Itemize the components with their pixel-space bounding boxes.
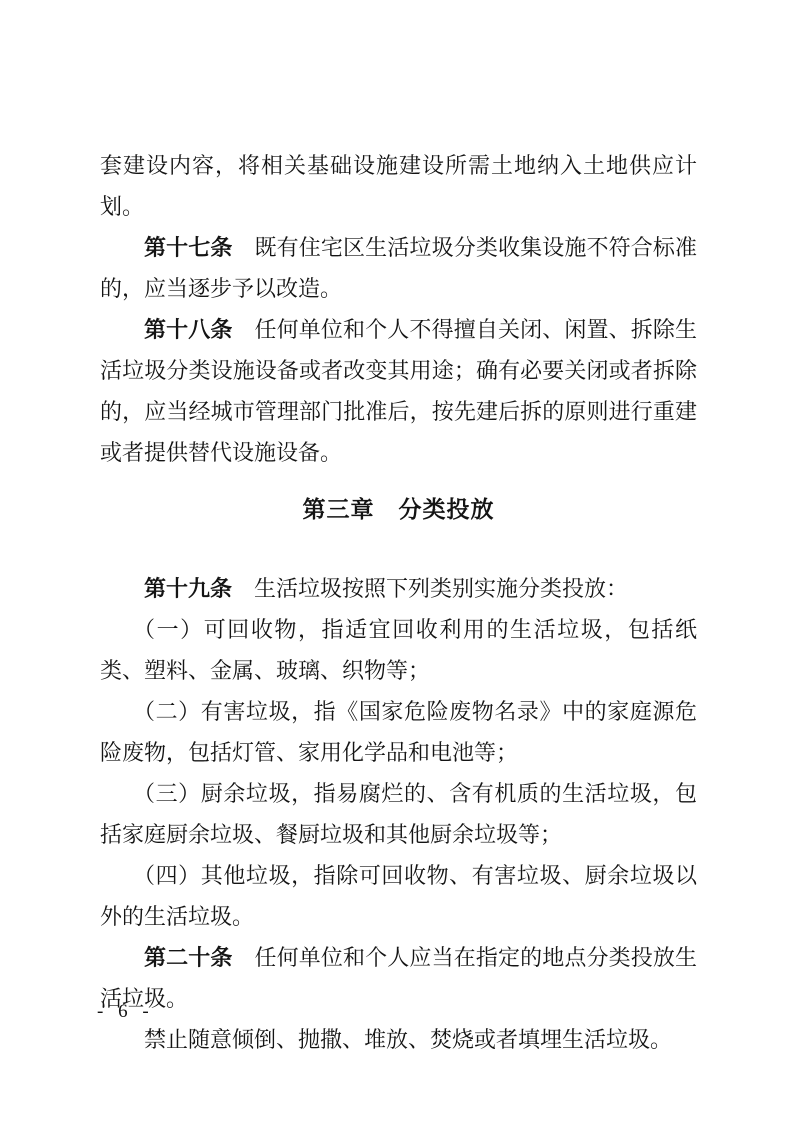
paragraph-text: 禁止随意倾倒、抛撒、堆放、焚烧或者填埋生活垃圾。 bbox=[144, 1027, 672, 1052]
paragraph-continuation: 套建设内容，将相关基础设施建设所需土地纳入土地供应计划。 bbox=[100, 145, 697, 227]
article-20-number: 第二十条 bbox=[144, 945, 233, 970]
article-17-number: 第十七条 bbox=[144, 235, 233, 260]
article-18-paragraph: 第十八条任何单位和个人不得擅自关闭、闲置、拆除生活垃圾分类设施设备或者改变其用途… bbox=[100, 309, 697, 473]
paragraph-text: 生活垃圾按照下列类别实施分类投放： bbox=[254, 576, 628, 601]
paragraph-text: （四）其他垃圾，指除可回收物、有害垃圾、厨余垃圾以外的生活垃圾。 bbox=[100, 863, 697, 929]
article-19-paragraph: 第十九条生活垃圾按照下列类别实施分类投放： bbox=[100, 568, 697, 609]
page-number: - 6 - bbox=[97, 1001, 151, 1023]
document-page: 套建设内容，将相关基础设施建设所需土地纳入土地供应计划。 第十七条既有住宅区生活… bbox=[0, 0, 794, 1123]
item-4-paragraph: （四）其他垃圾，指除可回收物、有害垃圾、厨余垃圾以外的生活垃圾。 bbox=[100, 855, 697, 937]
prohibition-paragraph: 禁止随意倾倒、抛撒、堆放、焚烧或者填埋生活垃圾。 bbox=[100, 1019, 697, 1060]
article-18-number: 第十八条 bbox=[144, 317, 233, 342]
paragraph-text: （二）有害垃圾，指《国家危险废物名录》中的家庭源危险废物，包括灯管、家用化学品和… bbox=[100, 699, 697, 765]
paragraph-text: 套建设内容，将相关基础设施建设所需土地纳入土地供应计划。 bbox=[100, 153, 697, 219]
article-20-paragraph: 第二十条任何单位和个人应当在指定的地点分类投放生活垃圾。 bbox=[100, 937, 697, 1019]
paragraph-text: （一）可回收物，指适宜回收利用的生活垃圾，包括纸类、塑料、金属、玻璃、织物等； bbox=[100, 617, 697, 683]
item-3-paragraph: （三）厨余垃圾，指易腐烂的、含有机质的生活垃圾，包括家庭厨余垃圾、餐厨垃圾和其他… bbox=[100, 773, 697, 855]
article-19-number: 第十九条 bbox=[144, 576, 232, 601]
article-17-paragraph: 第十七条既有住宅区生活垃圾分类收集设施不符合标准的，应当逐步予以改造。 bbox=[100, 227, 697, 309]
paragraph-text: （三）厨余垃圾，指易腐烂的、含有机质的生活垃圾，包括家庭厨余垃圾、餐厨垃圾和其他… bbox=[100, 781, 697, 847]
item-2-paragraph: （二）有害垃圾，指《国家危险废物名录》中的家庭源危险废物，包括灯管、家用化学品和… bbox=[100, 691, 697, 773]
chapter-3-heading: 第三章 分类投放 bbox=[100, 489, 697, 530]
item-1-paragraph: （一）可回收物，指适宜回收利用的生活垃圾，包括纸类、塑料、金属、玻璃、织物等； bbox=[100, 609, 697, 691]
